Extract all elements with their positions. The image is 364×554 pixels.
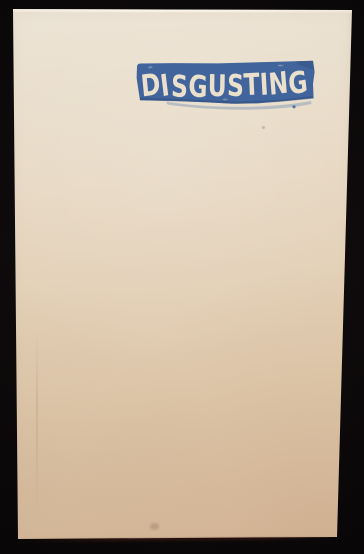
paper-top-edge-highlight	[12, 8, 353, 12]
ink-speck-dot	[292, 105, 295, 108]
paper-crease	[36, 330, 38, 510]
paper-speck	[262, 126, 265, 129]
stamp-text: DISGUSTING	[139, 65, 310, 106]
paper-smudge	[150, 523, 159, 530]
paper-sheet: DISGUSTING	[0, 0, 364, 554]
stamp-banner: DISGUSTING	[128, 54, 320, 112]
photo-backdrop: DISGUSTING	[0, 0, 364, 554]
